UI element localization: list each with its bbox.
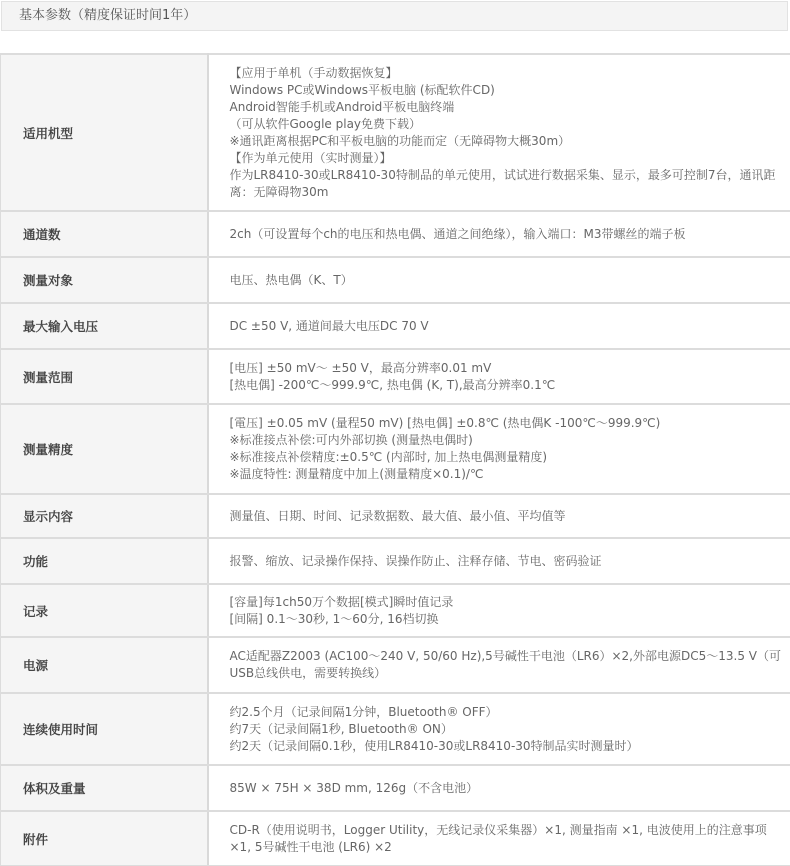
value-line: ※标准接点补偿精度:±0.5℃ (内部时, 加上热电偶测量精度) bbox=[230, 449, 783, 466]
value-line: 约2.5个月（记录间隔1分钟，Bluetooth® OFF） bbox=[230, 704, 783, 721]
table-row: 测量对象 电压、热电偶（K、T） bbox=[1, 257, 790, 303]
row-label: 测量精度 bbox=[1, 404, 208, 494]
row-value: AC适配器Z2003 (AC100～240 V, 50/60 Hz),5号碱性干… bbox=[208, 637, 790, 693]
value-line: AC适配器Z2003 (AC100～240 V, 50/60 Hz),5号碱性干… bbox=[230, 648, 783, 682]
table-row: 连续使用时间 约2.5个月（记录间隔1分钟，Bluetooth® OFF） 约7… bbox=[1, 693, 790, 765]
table-row: 体积及重量 85W × 75H × 38D mm, 126g（不含电池） bbox=[1, 765, 790, 811]
row-label: 体积及重量 bbox=[1, 765, 208, 811]
row-label: 电源 bbox=[1, 637, 208, 693]
row-value: DC ±50 V, 通道间最大电压DC 70 V bbox=[208, 303, 790, 349]
row-label: 功能 bbox=[1, 538, 208, 584]
table-row: 电源 AC适配器Z2003 (AC100～240 V, 50/60 Hz),5号… bbox=[1, 637, 790, 693]
value-line: Android智能手机或Android平板电脑终端 bbox=[230, 99, 783, 116]
value-line: [容量]每1ch50万个数据[模式]瞬时值记录 bbox=[230, 594, 783, 611]
table-row: 附件 CD-R（使用说明书，Logger Utility，无线记录仪采集器）×1… bbox=[1, 811, 790, 866]
value-line: [電压] ±0.05 mV (量程50 mV) [热电偶] ±0.8℃ (热电偶… bbox=[230, 415, 783, 432]
section-header: 基本参数（精度保证时间1年） bbox=[1, 1, 788, 31]
value-line: 【应用于单机（手动数据恢复】 bbox=[230, 65, 783, 82]
table-row: 记录 [容量]每1ch50万个数据[模式]瞬时值记录 [间隔] 0.1～30秒,… bbox=[1, 584, 790, 637]
row-value: [容量]每1ch50万个数据[模式]瞬时值记录 [间隔] 0.1～30秒, 1～… bbox=[208, 584, 790, 637]
row-value: 测量值、日期、时间、记录数据数、最大值、最小值、平均值等 bbox=[208, 494, 790, 538]
table-row: 显示内容 测量值、日期、时间、记录数据数、最大值、最小值、平均值等 bbox=[1, 494, 790, 538]
value-line: CD-R（使用说明书，Logger Utility，无线记录仪采集器）×1, 测… bbox=[230, 822, 783, 856]
row-value: 电压、热电偶（K、T） bbox=[208, 257, 790, 303]
row-value: 2ch（可设置每个ch的电压和热电偶、通道之间绝缘），输入端口：M3带螺丝的端子… bbox=[208, 211, 790, 257]
value-line: ※标准接点补偿:可内外部切换 (测量热电偶时) bbox=[230, 432, 783, 449]
row-value: 【应用于单机（手动数据恢复】 Windows PC或Windows平板电脑 (标… bbox=[208, 54, 790, 211]
row-label: 显示内容 bbox=[1, 494, 208, 538]
section-title: 基本参数（精度保证时间1年） bbox=[19, 8, 196, 23]
value-line: ※温度特性: 测量精度中加上(测量精度×0.1)/℃ bbox=[230, 466, 783, 483]
row-value: 85W × 75H × 38D mm, 126g（不含电池） bbox=[208, 765, 790, 811]
row-value: 报警、缩放、记录操作保持、误操作防止、注释存储、节电、密码验证 bbox=[208, 538, 790, 584]
table-row: 通道数 2ch（可设置每个ch的电压和热电偶、通道之间绝缘），输入端口：M3带螺… bbox=[1, 211, 790, 257]
spec-table: 适用机型 【应用于单机（手动数据恢复】 Windows PC或Windows平板… bbox=[0, 53, 790, 866]
value-line: Windows PC或Windows平板电脑 (标配软件CD) bbox=[230, 82, 783, 99]
row-value: [电压] ±50 mV～ ±50 V，最高分辨率0.01 mV [热电偶] -2… bbox=[208, 349, 790, 404]
row-label: 测量范围 bbox=[1, 349, 208, 404]
value-line: [电压] ±50 mV～ ±50 V，最高分辨率0.01 mV bbox=[230, 360, 783, 377]
table-row: 测量精度 [電压] ±0.05 mV (量程50 mV) [热电偶] ±0.8℃… bbox=[1, 404, 790, 494]
row-label: 测量对象 bbox=[1, 257, 208, 303]
value-line: [热电偶] -200℃～999.9℃, 热电偶 (K, T),最高分辨率0.1℃ bbox=[230, 377, 783, 394]
value-line: 作为LR8410-30或LR8410-30特制品的单元使用，试试进行数据采集、显… bbox=[230, 167, 783, 201]
row-label: 最大输入电压 bbox=[1, 303, 208, 349]
value-line: （可从软件Google play免费下载） bbox=[230, 116, 783, 133]
row-label: 适用机型 bbox=[1, 54, 208, 211]
row-label: 记录 bbox=[1, 584, 208, 637]
row-label: 通道数 bbox=[1, 211, 208, 257]
table-row: 最大输入电压 DC ±50 V, 通道间最大电压DC 70 V bbox=[1, 303, 790, 349]
value-line: ※通讯距离根据PC和平板电脑的功能而定（无障碍物大概30m） bbox=[230, 133, 783, 150]
value-line: 约7天（记录间隔1秒, Bluetooth® ON） bbox=[230, 721, 783, 738]
value-line: 电压、热电偶（K、T） bbox=[230, 272, 783, 289]
table-row: 测量范围 [电压] ±50 mV～ ±50 V，最高分辨率0.01 mV [热电… bbox=[1, 349, 790, 404]
value-line: 约2天（记录间隔0.1秒，使用LR8410-30或LR8410-30特制品实时测… bbox=[230, 738, 783, 755]
table-row: 适用机型 【应用于单机（手动数据恢复】 Windows PC或Windows平板… bbox=[1, 54, 790, 211]
spec-table-body: 适用机型 【应用于单机（手动数据恢复】 Windows PC或Windows平板… bbox=[1, 54, 790, 866]
value-line: 【作为单元使用（实时测量）】 bbox=[230, 150, 783, 167]
value-line: DC ±50 V, 通道间最大电压DC 70 V bbox=[230, 318, 783, 335]
value-line: [间隔] 0.1～30秒, 1～60分, 16档切换 bbox=[230, 611, 783, 628]
row-label: 附件 bbox=[1, 811, 208, 866]
value-line: 85W × 75H × 38D mm, 126g（不含电池） bbox=[230, 780, 783, 797]
row-value: 约2.5个月（记录间隔1分钟，Bluetooth® OFF） 约7天（记录间隔1… bbox=[208, 693, 790, 765]
table-row: 功能 报警、缩放、记录操作保持、误操作防止、注释存储、节电、密码验证 bbox=[1, 538, 790, 584]
value-line: 测量值、日期、时间、记录数据数、最大值、最小值、平均值等 bbox=[230, 508, 783, 525]
row-value: CD-R（使用说明书，Logger Utility，无线记录仪采集器）×1, 测… bbox=[208, 811, 790, 866]
value-line: 2ch（可设置每个ch的电压和热电偶、通道之间绝缘），输入端口：M3带螺丝的端子… bbox=[230, 226, 783, 243]
row-value: [電压] ±0.05 mV (量程50 mV) [热电偶] ±0.8℃ (热电偶… bbox=[208, 404, 790, 494]
value-line: 报警、缩放、记录操作保持、误操作防止、注释存储、节电、密码验证 bbox=[230, 553, 783, 570]
row-label: 连续使用时间 bbox=[1, 693, 208, 765]
